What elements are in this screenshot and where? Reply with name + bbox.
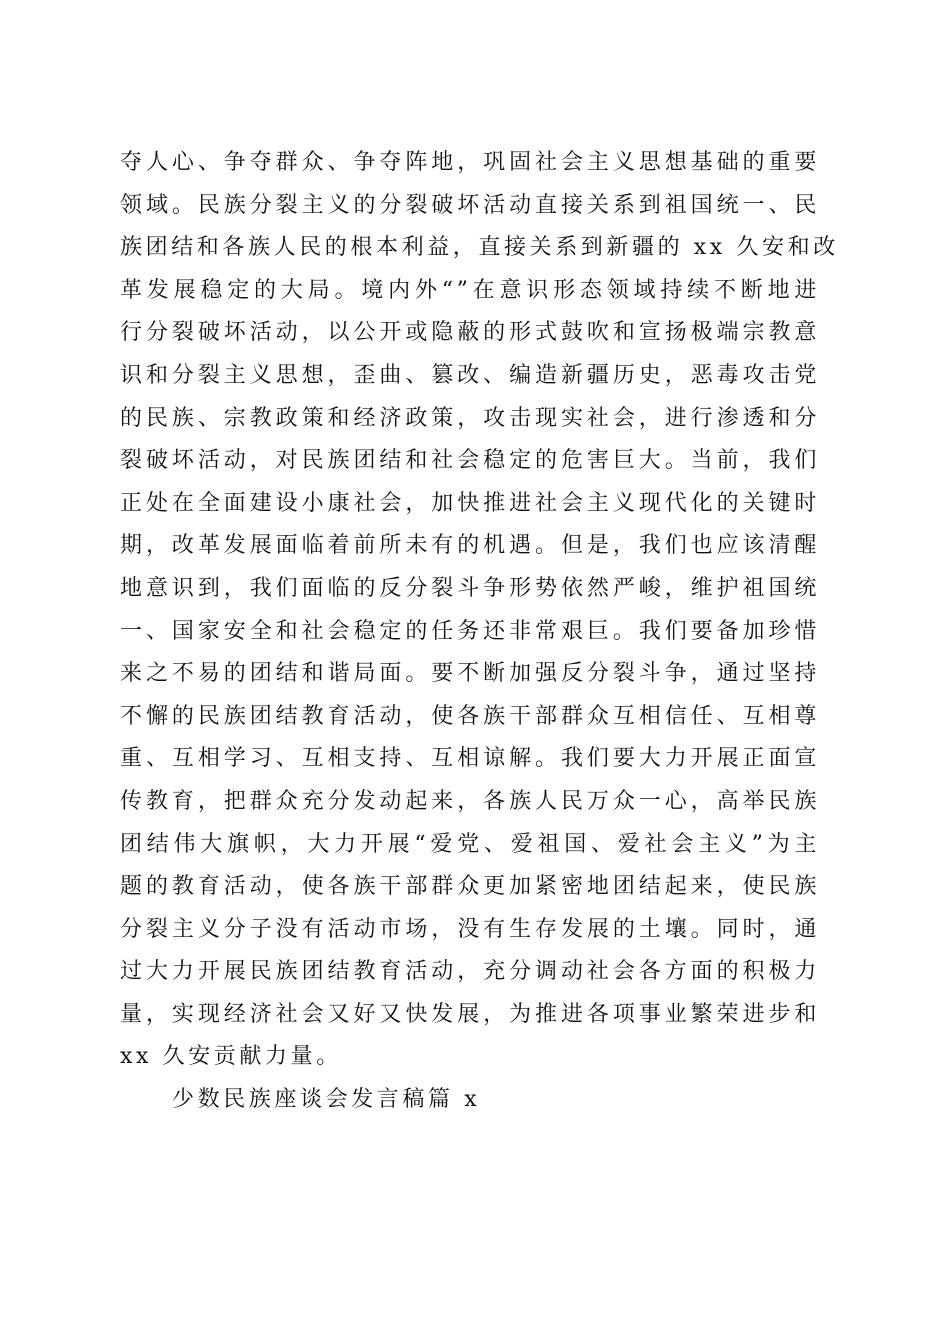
paragraph-line: 的民族、宗教政策和经济政策，攻击现实社会，进行渗透和分 <box>120 398 820 441</box>
paragraph-line: 过大力开展民族团结教育活动，充分调动社会各方面的积极力 <box>120 951 820 994</box>
paragraph-line: 领域。民族分裂主义的分裂破坏活动直接关系到祖国统一、民 <box>120 185 820 228</box>
document-page: 夺人心、争夺群众、争夺阵地，巩固社会主义思想基础的重要 领域。民族分裂主义的分裂… <box>120 142 820 1122</box>
paragraph-line: 夺人心、争夺群众、争夺阵地，巩固社会主义思想基础的重要 <box>120 142 820 185</box>
paragraph-line: 传教育，把群众充分发动起来，各族人民万众一心，高举民族 <box>120 781 820 824</box>
body-paragraph: 夺人心、争夺群众、争夺阵地，巩固社会主义思想基础的重要 领域。民族分裂主义的分裂… <box>120 142 820 1079</box>
paragraph-line: 行分裂破坏活动，以公开或隐蔽的形式鼓吹和宣扬极端宗教意 <box>120 312 820 355</box>
paragraph-line: 期，改革发展面临着前所未有的机遇。但是，我们也应该清醒 <box>120 525 820 568</box>
paragraph-line: 识和分裂主义思想，歪曲、篡改、编造新疆历史，恶毒攻击党 <box>120 355 820 398</box>
paragraph-line: 重、互相学习、互相支持、互相谅解。我们要大力开展正面宣 <box>120 738 820 781</box>
paragraph-line: xx 久安贡献力量。 <box>120 1036 820 1079</box>
paragraph-line: 正处在全面建设小康社会，加快推进社会主义现代化的关键时 <box>120 483 820 526</box>
paragraph-line: 团结伟大旗帜，大力开展“爱党、爱祖国、爱社会主义”为主 <box>120 824 820 867</box>
paragraph-line: 不懈的民族团结教育活动，使各族干部群众互相信任、互相尊 <box>120 696 820 739</box>
paragraph-line: 地意识到，我们面临的反分裂斗争形势依然严峻，维护祖国统 <box>120 568 820 611</box>
paragraph-line: 量，实现经济社会又好又快发展，为推进各项事业繁荣进步和 <box>120 994 820 1037</box>
paragraph-line: 分裂主义分子没有活动市场，没有生存发展的土壤。同时，通 <box>120 909 820 952</box>
paragraph-line: 一、国家安全和社会稳定的任务还非常艰巨。我们要备加珍惜 <box>120 611 820 654</box>
paragraph-line: 题的教育活动，使各族干部群众更加紧密地团结起来，使民族 <box>120 866 820 909</box>
section-heading: 少数民族座谈会发言稿篇 x <box>120 1079 820 1122</box>
paragraph-line: 族团结和各族人民的根本利益，直接关系到新疆的 xx 久安和改 <box>120 227 820 270</box>
paragraph-line: 来之不易的团结和谐局面。要不断加强反分裂斗争，通过坚持 <box>120 653 820 696</box>
paragraph-line: 裂破坏活动，对民族团结和社会稳定的危害巨大。当前，我们 <box>120 440 820 483</box>
paragraph-line: 革发展稳定的大局。境内外“”在意识形态领域持续不断地进 <box>120 270 820 313</box>
